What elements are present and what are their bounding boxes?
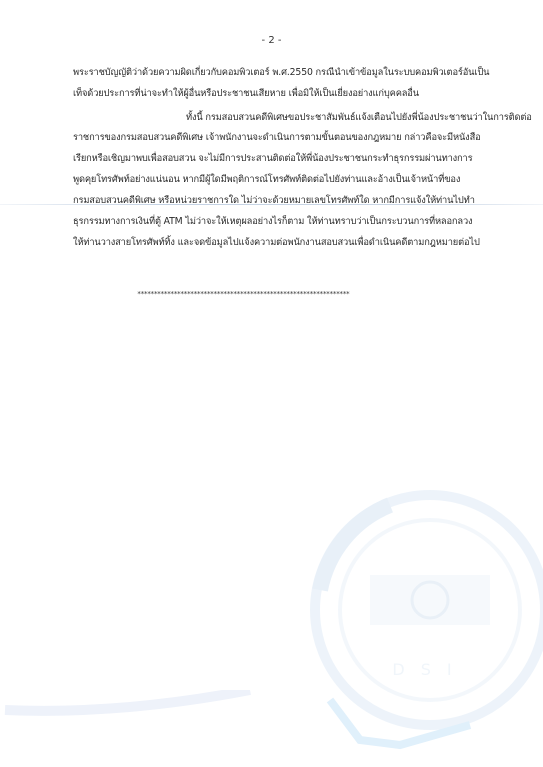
page-number: - 2 - [0,35,543,46]
paragraph-2-line-5: กรมสอบสวนคดีพิเศษ หรือหน่วยราชการใด ไม่ว… [73,194,473,208]
svg-text:DSI: DSI [392,660,467,679]
paragraph-1-line-1: พระราชบัญญัติว่าด้วยความผิดเกี่ยวกับคอมพ… [73,66,473,80]
paragraph-2-line-3: เรียกหรือเชิญมาพบเพื่อสอบสวน จะไม่มีการป… [73,152,473,166]
paragraph-2-line-4: พูดคุยโทรศัพท์อย่างแน่นอน หากมีผู้ใดมีพฤ… [73,173,473,187]
watermark-bottom-band [0,690,543,750]
paragraph-1-line-2: เท็จด้วยประการที่น่าจะทำให้ผู้อื่นหรือปร… [73,87,473,101]
scan-artifact-line [0,204,543,205]
paragraph-2-line-1: ทั้งนี้ กรมสอบสวนคดีพิเศษขอประชาสัมพันธ์… [186,111,473,125]
paragraph-2-line-2: ราชการของกรมสอบสวนคดีพิเศษ เจ้าพนักงานจะ… [73,131,473,145]
separator-asterisks: ****************************************… [137,290,349,298]
paragraph-2-line-6: ธุรกรรมทางการเงินที่ตู้ ATM ไม่ว่าจะให้เ… [73,215,473,229]
paragraph-2-line-7: ให้ท่านวางสายโทรศัพท์ทิ้ง และจดข้อมูลไปแ… [73,236,473,250]
